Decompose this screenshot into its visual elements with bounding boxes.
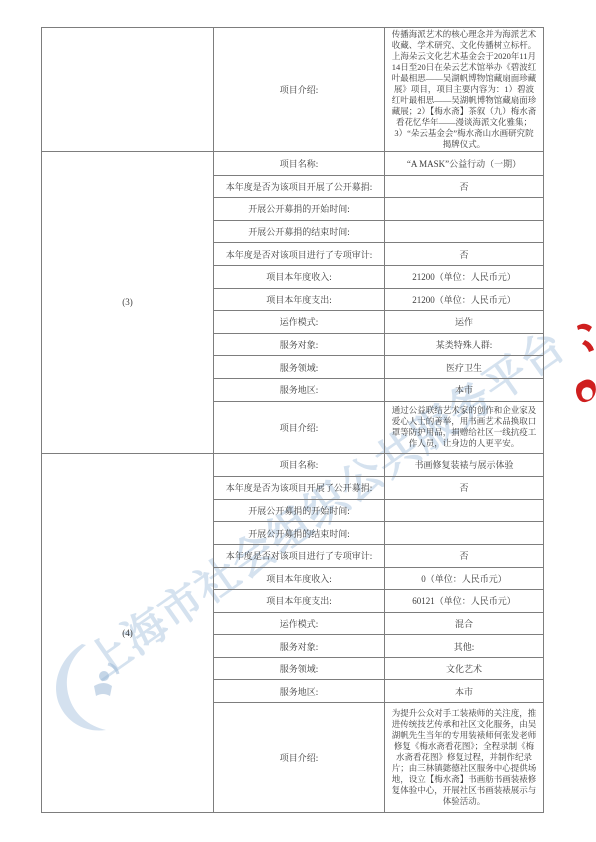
project-4-block: (4) 项目名称: 书画修复装裱与展示体验 本年度是否为该项目开展了公开募捐: … <box>42 453 543 813</box>
field-value: 否 <box>385 176 543 198</box>
table-row: 项目介绍: 通过公益联结艺术家的创作和企业家及爱心人士的善举，用书画艺术品换取口… <box>214 401 543 453</box>
table-row: 运作模式: 运作 <box>214 310 543 333</box>
field-value: 文化艺术 <box>385 658 543 680</box>
field-value: 运作 <box>385 311 543 333</box>
field-value: 其他: <box>385 635 543 657</box>
field-label: 服务领域: <box>214 356 385 378</box>
field-label: 开展公开募捐的开始时间: <box>214 500 385 522</box>
projects-table: 项目介绍: 传播海派艺术的核心理念并为海派艺术收藏、学术研究、文化传播树立标杆。… <box>41 27 544 813</box>
field-value <box>385 198 543 220</box>
table-row: 服务领域: 文化艺术 <box>214 657 543 680</box>
table-row: 开展公开募捐的开始时间: <box>214 499 543 522</box>
field-value: 本市 <box>385 680 543 702</box>
table-row: 项目本年度收入: 0（单位：人民币元） <box>214 567 543 590</box>
project-2-continuation-block: 项目介绍: 传播海派艺术的核心理念并为海派艺术收藏、学术研究、文化传播树立标杆。… <box>42 28 543 151</box>
field-label: 项目名称: <box>214 454 385 477</box>
field-value <box>385 221 543 243</box>
field-label: 项目本年度支出: <box>214 590 385 612</box>
table-row: 开展公开募捐的结束时间: <box>214 521 543 544</box>
field-value: 医疗卫生 <box>385 356 543 378</box>
field-value: 本市 <box>385 379 543 401</box>
table-row: 本年度是否对该项目进行了专项审计: 否 <box>214 544 543 567</box>
project-2-index-cell <box>42 28 214 151</box>
table-row: 本年度是否为该项目开展了公开募捐: 否 <box>214 476 543 499</box>
table-row: 服务对象: 某类特殊人群: <box>214 333 543 356</box>
field-value: 否 <box>385 477 543 499</box>
field-value <box>385 500 543 522</box>
project-4-index: (4) <box>42 454 214 813</box>
table-row: 本年度是否为该项目开展了公开募捐: 否 <box>214 175 543 198</box>
table-row: 服务对象: 其他: <box>214 634 543 657</box>
table-row: 开展公开募捐的开始时间: <box>214 197 543 220</box>
field-value: 否 <box>385 243 543 265</box>
field-label: 项目介绍: <box>214 28 385 151</box>
field-label: 项目介绍: <box>214 703 385 812</box>
table-row: 项目介绍: 传播海派艺术的核心理念并为海派艺术收藏、学术研究、文化传播树立标杆。… <box>214 28 543 151</box>
field-label: 开展公开募捐的结束时间: <box>214 522 385 544</box>
table-row: 开展公开募捐的结束时间: <box>214 220 543 243</box>
table-row: 服务地区: 本市 <box>214 378 543 401</box>
field-label: 服务对象: <box>214 334 385 356</box>
table-row: 运作模式: 混合 <box>214 612 543 635</box>
field-label: 项目本年度收入: <box>214 266 385 288</box>
document-page: 上海市社会组织公共服务平台 项目介绍: 传播海派艺术的核心理念并为海派艺术收藏、… <box>0 0 596 842</box>
field-value: “A MASK”公益行动（一期） <box>385 152 543 175</box>
field-value <box>385 522 543 544</box>
field-label: 服务领域: <box>214 658 385 680</box>
table-row: 项目介绍: 为提升公众对手工装裱师的关注度，推进传统技艺传承和社区文化服务，由吴… <box>214 702 543 812</box>
table-row: 服务领域: 医疗卫生 <box>214 355 543 378</box>
field-label: 开展公开募捐的开始时间: <box>214 198 385 220</box>
field-value: 21200（单位：人民币元） <box>385 266 543 288</box>
field-label: 运作模式: <box>214 613 385 635</box>
table-row: 项目本年度收入: 21200（单位：人民币元） <box>214 265 543 288</box>
field-label: 本年度是否对该项目进行了专项审计: <box>214 545 385 567</box>
table-row: 项目本年度支出: 21200（单位：人民币元） <box>214 288 543 311</box>
field-value: 书画修复装裱与展示体验 <box>385 454 543 477</box>
field-value: 为提升公众对手工装裱师的关注度，推进传统技艺传承和社区文化服务，由吴湖帆先生当年… <box>385 703 543 812</box>
field-value: 否 <box>385 545 543 567</box>
field-value: 传播海派艺术的核心理念并为海派艺术收藏、学术研究、文化传播树立标杆。上海朵云文化… <box>385 28 543 151</box>
field-value: 60121（单位：人民币元） <box>385 590 543 612</box>
field-label: 服务地区: <box>214 680 385 702</box>
table-row: 本年度是否对该项目进行了专项审计: 否 <box>214 242 543 265</box>
field-label: 项目介绍: <box>214 402 385 453</box>
field-label: 项目本年度支出: <box>214 289 385 311</box>
field-label: 本年度是否为该项目开展了公开募捐: <box>214 176 385 198</box>
field-label: 本年度是否对该项目进行了专项审计: <box>214 243 385 265</box>
project-3-block: (3) 项目名称: “A MASK”公益行动（一期） 本年度是否为该项目开展了公… <box>42 151 543 453</box>
table-row: 服务地区: 本市 <box>214 679 543 702</box>
table-row: 项目本年度支出: 60121（单位：人民币元） <box>214 589 543 612</box>
table-row: 项目名称: 书画修复装裱与展示体验 <box>214 454 543 477</box>
red-seal-fragment-icon <box>570 318 596 418</box>
field-value: 0（单位：人民币元） <box>385 568 543 590</box>
field-value: 21200（单位：人民币元） <box>385 289 543 311</box>
field-label: 服务地区: <box>214 379 385 401</box>
field-value: 混合 <box>385 613 543 635</box>
field-label: 本年度是否为该项目开展了公开募捐: <box>214 477 385 499</box>
field-value: 通过公益联结艺术家的创作和企业家及爱心人士的善举，用书画艺术品换取口罩等防护用品… <box>385 402 543 453</box>
field-label: 服务对象: <box>214 635 385 657</box>
table-row: 项目名称: “A MASK”公益行动（一期） <box>214 152 543 175</box>
field-label: 项目本年度收入: <box>214 568 385 590</box>
field-value: 某类特殊人群: <box>385 334 543 356</box>
project-3-index: (3) <box>42 152 214 453</box>
field-label: 开展公开募捐的结束时间: <box>214 221 385 243</box>
field-label: 运作模式: <box>214 311 385 333</box>
field-label: 项目名称: <box>214 152 385 175</box>
